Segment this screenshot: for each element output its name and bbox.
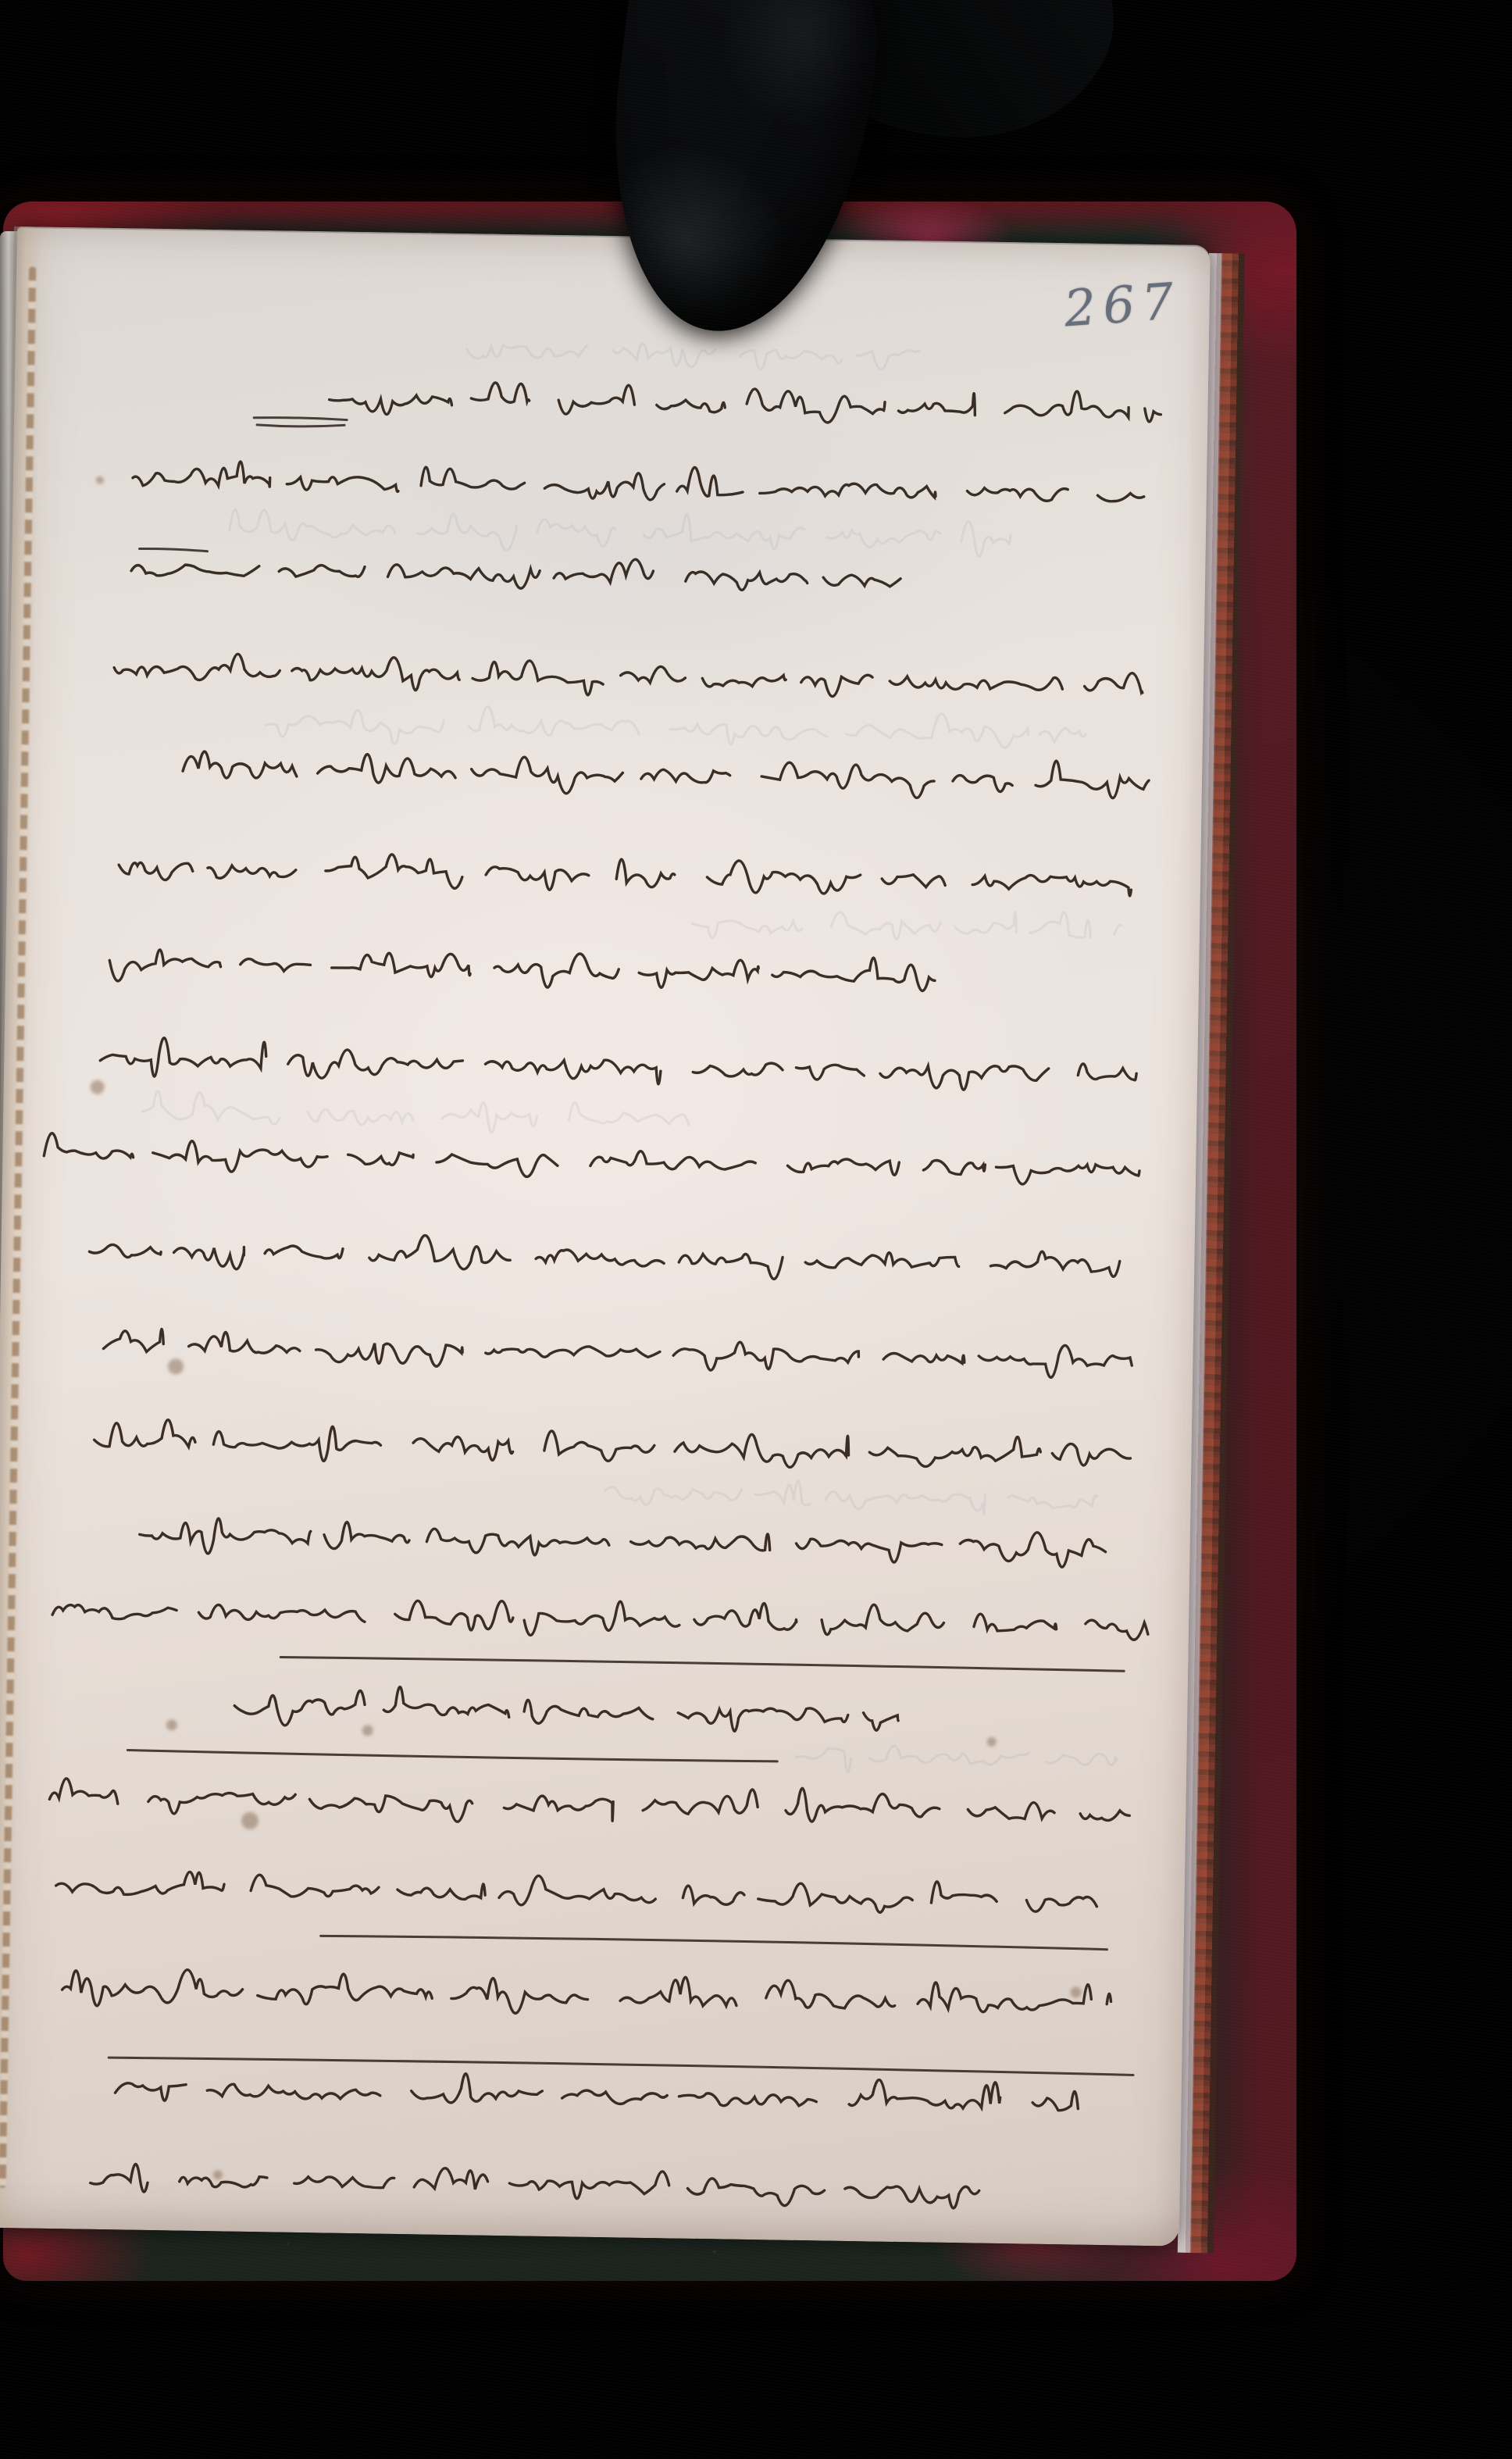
underline-stroke xyxy=(254,417,347,420)
handwriting-line xyxy=(55,1868,1097,1915)
handwriting-line xyxy=(234,1684,899,1735)
showthrough-line xyxy=(692,906,1122,944)
handwriting-line xyxy=(89,1230,1120,1285)
handwriting-line xyxy=(133,459,1145,508)
underline-stroke xyxy=(140,548,208,551)
showthrough-line xyxy=(142,1090,690,1136)
handwriting-line xyxy=(119,850,1132,899)
underline-stroke xyxy=(109,2057,1133,2075)
showthrough-line xyxy=(466,341,920,372)
handwriting-line xyxy=(131,551,900,594)
handwriting-line xyxy=(94,1419,1131,1473)
foxing-spot xyxy=(362,1725,373,1736)
page-number: 267 xyxy=(1062,273,1182,338)
handwriting-line xyxy=(109,946,936,994)
showthrough-line xyxy=(796,1744,1116,1776)
handwriting-line xyxy=(52,1592,1149,1645)
archival-photo-scene: 267 xyxy=(0,0,1512,2459)
showthrough-line xyxy=(266,703,1086,755)
underline-stroke xyxy=(321,1935,1107,1950)
handwriting-line xyxy=(103,1328,1132,1379)
showthrough-line xyxy=(604,1478,1097,1516)
handwriting-line xyxy=(100,1037,1137,1092)
underline-stroke xyxy=(257,424,344,427)
showthrough-line xyxy=(230,507,1011,558)
handwriting-layer xyxy=(0,227,1211,2247)
foxing-spot xyxy=(213,2170,223,2179)
handwriting-line xyxy=(329,380,1161,428)
underline-stroke xyxy=(280,1657,1124,1672)
handwriting-line xyxy=(183,747,1150,802)
handwriting-line xyxy=(90,2162,979,2208)
underline-stroke xyxy=(127,1750,777,1761)
handwriting-line xyxy=(139,1517,1106,1568)
handwriting-line xyxy=(114,652,1143,704)
handwriting-line xyxy=(44,1133,1139,1187)
foxing-spot xyxy=(166,1719,177,1730)
handwriting-line xyxy=(115,2068,1078,2115)
foxing-spot xyxy=(168,1358,184,1374)
foxing-spot xyxy=(241,1812,259,1829)
foxing-spot xyxy=(987,1737,997,1747)
notebook-page: 267 xyxy=(0,227,1211,2247)
handwriting-line xyxy=(49,1776,1130,1832)
foxing-spot xyxy=(96,476,104,484)
foxing-spot xyxy=(1071,1986,1082,1997)
handwriting-line xyxy=(62,1968,1111,2023)
foxing-spot xyxy=(91,1080,105,1094)
